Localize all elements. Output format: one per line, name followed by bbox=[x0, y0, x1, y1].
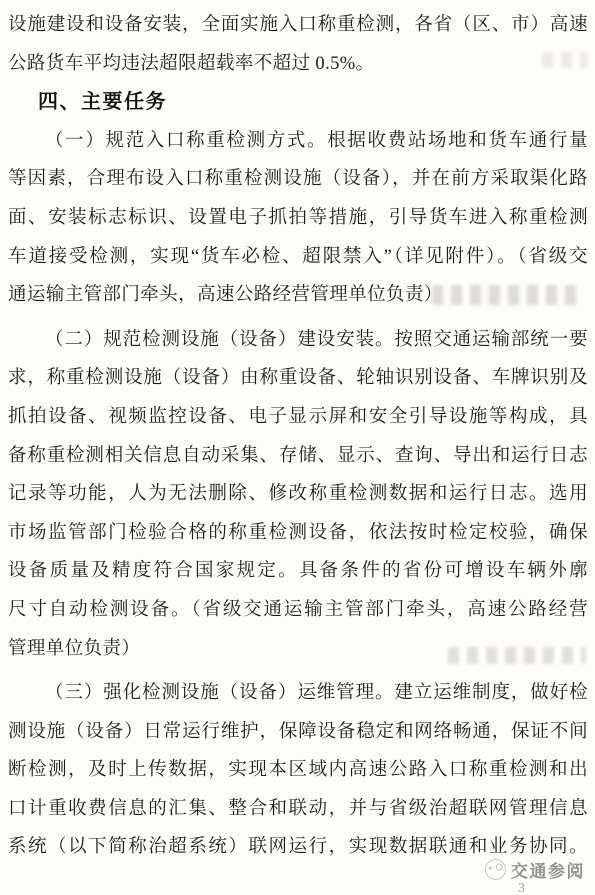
traffic-reference-logo-icon bbox=[484, 858, 508, 882]
scanned-document-page: 设施建设和设备安装，全面实施入口称重检测，各省（区、市）高速公路货车平均违法超限… bbox=[0, 0, 595, 895]
page-number: 3 bbox=[518, 881, 525, 895]
text-line: 通运输主管部门牵头，高速公路经营管理单位负责） bbox=[8, 276, 588, 315]
text-line: 车道接受检测，实现“货车必检、超限禁入”（详见附件）。（省级交 bbox=[8, 238, 588, 277]
text-line: 断检测，及时上传数据，实现本区域内高速公路入口称重检测和出 bbox=[8, 751, 588, 790]
document-body: 设施建设和设备安装，全面实施入口称重检测，各省（区、市）高速公路货车平均违法超限… bbox=[8, 6, 588, 867]
text-line: 测设施（设备）日常运行维护，保障设备稳定和网络畅通，保证不间 bbox=[8, 713, 588, 752]
text-line: 设施建设和设备安装，全面实施入口称重检测，各省（区、市）高速 bbox=[8, 6, 588, 45]
text-line: 面、安装标志标识、设置电子抓拍等措施，引导货车进入称重检测 bbox=[8, 199, 588, 238]
text-line: 市场监管部门检验合格的称重检测设备，依法按时检定校验，确保 bbox=[8, 514, 588, 553]
text-line: 求，称重检测设施（设备）由称重设备、轮轴识别设备、车牌识别及 bbox=[8, 359, 588, 398]
text-line: （一）规范入口称重检测方式。根据收费站场地和货车通行量 bbox=[8, 122, 588, 161]
text-line: 公路货车平均违法超限超载率不超过 0.5%。 bbox=[8, 45, 588, 84]
text-line: 尺寸自动检测设备。（省级交通运输主管部门牵头，高速公路经营 bbox=[8, 591, 588, 630]
text-line: 口计重收费信息的汇集、整合和联动，并与省级治超联网管理信息 bbox=[8, 790, 588, 829]
text-line: 等因素，合理布设入口称重检测设施（设备），并在前方采取渠化路 bbox=[8, 160, 588, 199]
section-heading: 四、主要任务 bbox=[8, 83, 588, 122]
text-line: 管理单位负责） bbox=[8, 630, 588, 669]
text-line: （二）规范检测设施（设备）建设安装。按照交通运输部统一要 bbox=[8, 321, 588, 360]
text-line: 记录等功能，人为无法删除、修改称重检测数据和运行日志。选用 bbox=[8, 475, 588, 514]
text-line: （三）强化检测设施（设备）运维管理。建立运维制度，做好检 bbox=[8, 674, 588, 713]
text-line: 设备质量及精度符合国家规定。具备条件的省份可增设车辆外廓 bbox=[8, 552, 588, 591]
watermark-text: 交通参阅 bbox=[511, 857, 585, 882]
text-line: 抓拍设备、视频监控设备、电子显示屏和安全引导设施等构成，具 bbox=[8, 398, 588, 437]
watermark: 交通参阅 bbox=[485, 857, 585, 882]
text-line: 备称重检测相关信息自动采集、存储、显示、查询、导出和运行日志 bbox=[8, 437, 588, 476]
